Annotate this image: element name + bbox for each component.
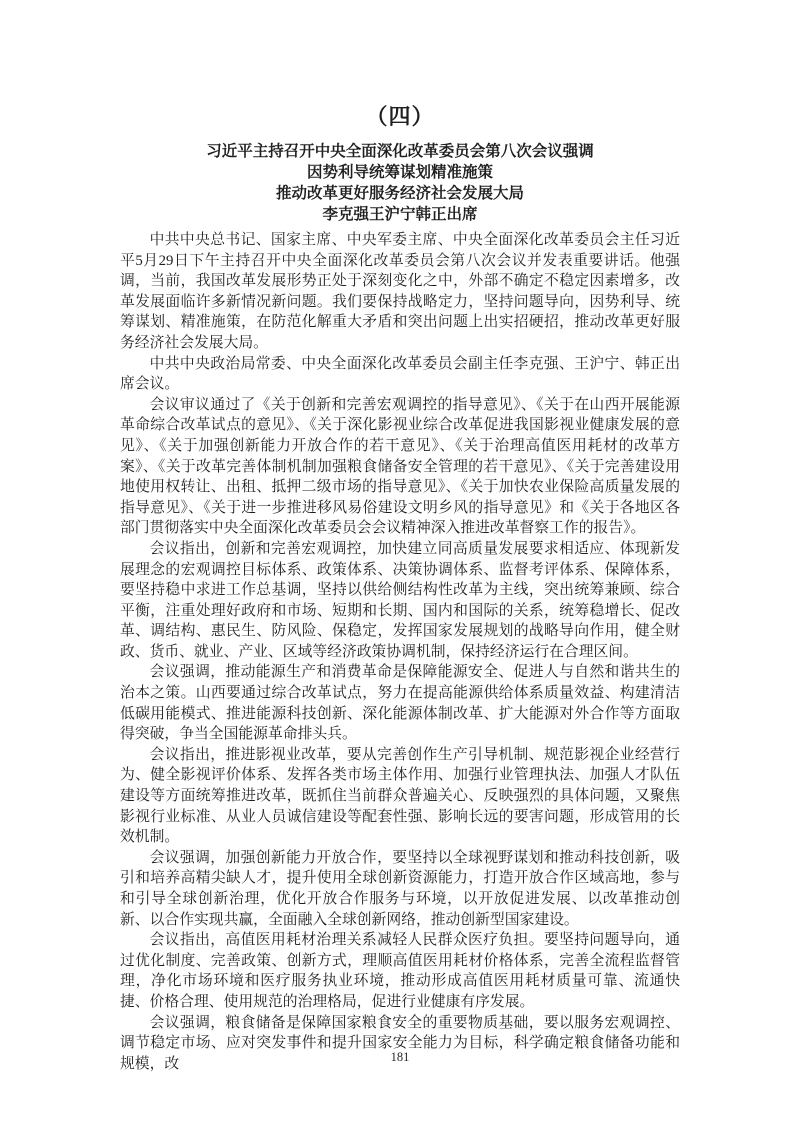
paragraph-2: 中共中央政治局常委、中央全面深化改革委员会副主任李克强、王沪宁、韩正出席会议。 [120,354,680,395]
paragraph-4: 会议指出，创新和完善宏观调控，加快建立同高质量发展要求相适应、体现新发展理念的宏… [120,539,680,663]
headline-line-3: 推动改革更好服务经济社会发展大局 [0,183,800,204]
headline-line-4: 李克强王沪宁韩正出席 [0,204,800,225]
headline-line-1: 习近平主持召开中央全面深化改革委员会第八次会议强调 [0,141,800,162]
paragraph-3: 会议审议通过了《关于创新和完善宏观调控的指导意见》、《关于在山西开展能源革命综合… [120,395,680,539]
paragraph-7: 会议强调，加强创新能力开放合作，要坚持以全球视野谋划和推动科技创新，吸引和培养高… [120,848,680,930]
page-number: 181 [0,1050,800,1065]
paragraph-5: 会议强调，推动能源生产和消费革命是保障能源安全、促进人与自然和谐共生的治本之策。… [120,662,680,744]
headline-block: 习近平主持召开中央全面深化改革委员会第八次会议强调 因势利导统筹谋划精准施策 推… [0,141,800,225]
paragraph-1: 中共中央总书记、国家主席、中央军委主席、中央全面深化改革委员会主任习近平5月29… [120,230,680,354]
paragraph-8: 会议指出，高值医用耗材治理关系减轻人民群众医疗负担。要坚持问题导向，通过优化制度… [120,930,680,1012]
document-page: （四） 习近平主持召开中央全面深化改革委员会第八次会议强调 因势利导统筹谋划精准… [0,0,800,1133]
paragraph-9: 会议强调，粮食储备是保障国家粮食安全的重要物质基础，要以服务宏观调控、调节稳定市… [120,1013,680,1075]
paragraph-6: 会议指出，推进影视业改革，要从完善创作生产引导机制、规范影视企业经营行为、健全影… [120,745,680,848]
article-body: 中共中央总书记、国家主席、中央军委主席、中央全面深化改革委员会主任习近平5月29… [120,230,680,1074]
headline-line-2: 因势利导统筹谋划精准施策 [0,162,800,183]
section-number: （四） [0,0,800,130]
